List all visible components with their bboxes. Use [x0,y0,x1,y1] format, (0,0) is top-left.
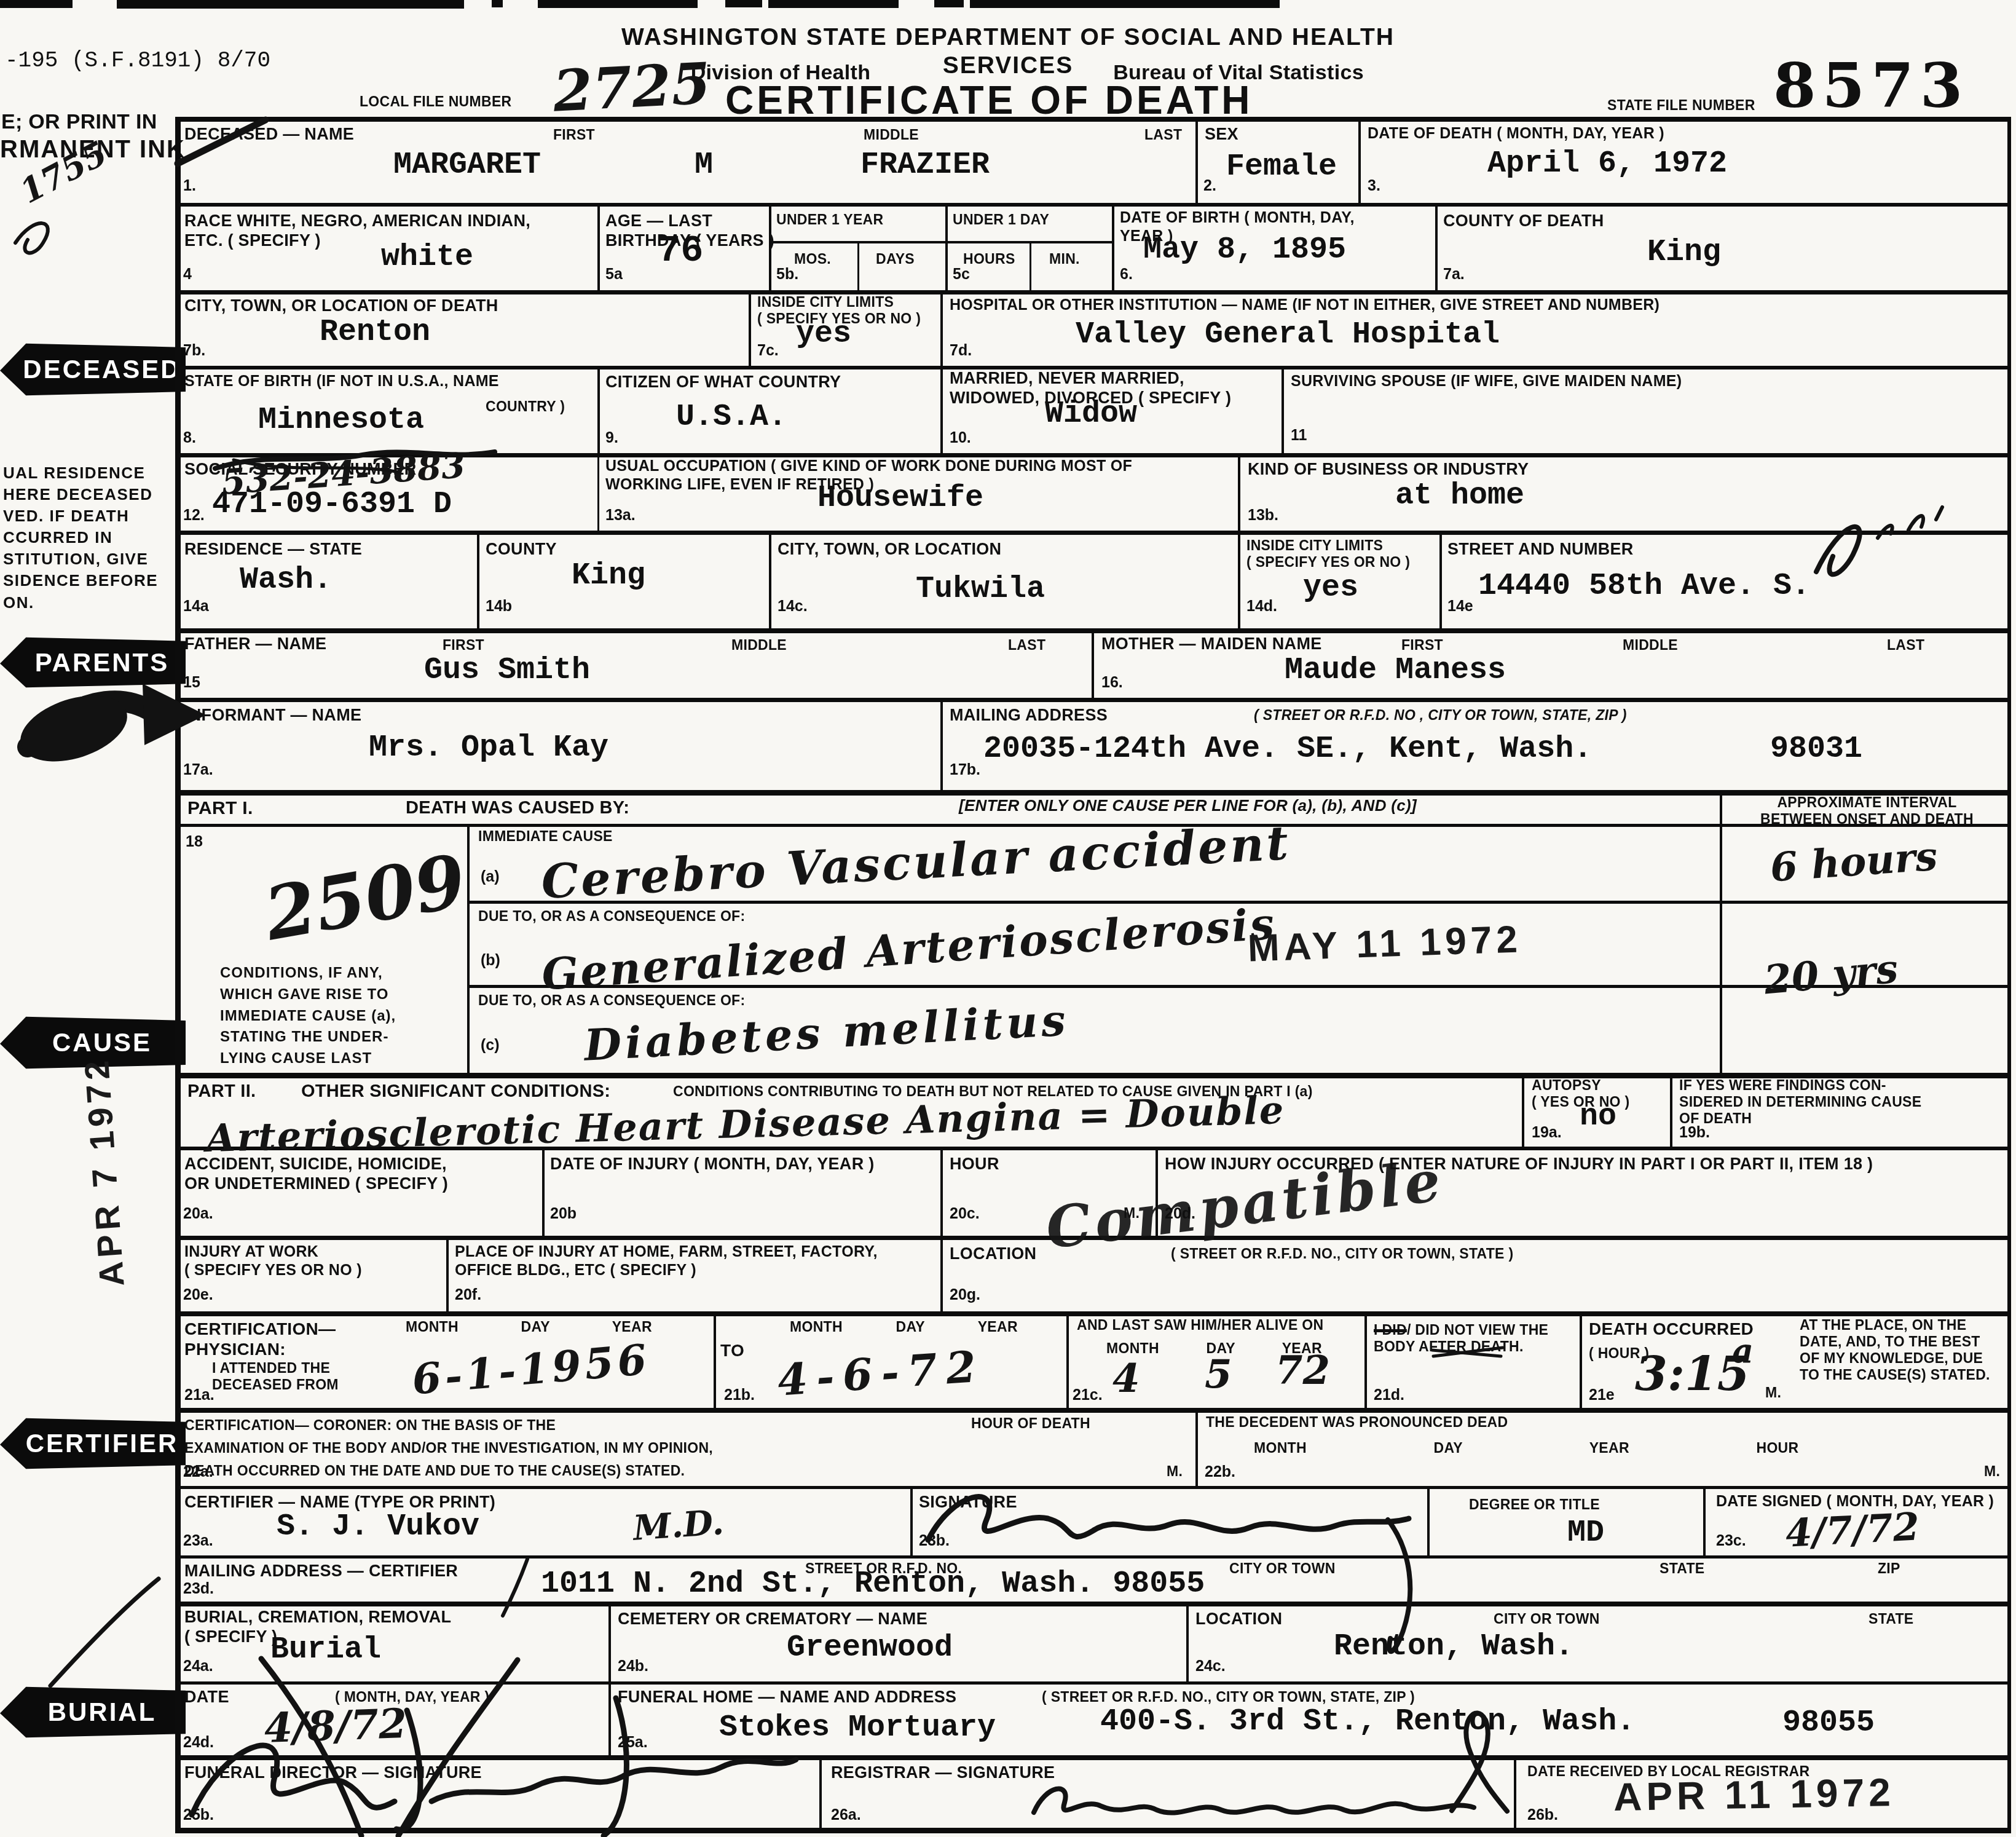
residence-city-label: CITY, TOWN, OR LOCATION [778,540,1001,559]
last-column-label: LAST [1887,637,1924,654]
field-number: 25b. [183,1806,214,1824]
sidebar-banner-burial: BURIAL [0,1686,186,1739]
residence-state-value: Wash. [240,563,332,598]
sidebar-banner-parents-label: PARENTS [35,648,170,678]
first-column-label: FIRST [443,637,484,654]
part1-one-cause-note: [ENTER ONLY ONE CAUSE PER LINE FOR (a), … [959,796,1417,815]
conditions-note: CONDITIONS, IF ANY, WHICH GAVE RISE TO I… [220,963,396,1070]
informant-mailing-value: 20035-124th Ave. SE., Kent, Wash. [983,732,1592,767]
field-number: 5a [605,266,623,283]
field-number: 21e [1589,1386,1615,1404]
field-number: 16. [1101,674,1123,692]
field-number: 7b. [183,342,205,360]
industry-value: at home [1395,478,1524,513]
field-number: 7d. [950,342,972,360]
field-number: 24c. [1195,1657,1226,1675]
due-to-label-1: DUE TO, OR AS A CONSEQUENCE OF: [478,908,745,925]
date-signed-value: 4/7/72 [1784,1504,1920,1555]
inside-city-limits-value: yes [796,317,851,352]
field-number: 17b. [950,761,980,779]
pronounced-dead-columns: MONTH DAY YEAR HOUR [1254,1440,1798,1456]
certifier-name-value: S. J. Vukov [277,1509,479,1544]
death-occurred-meridiem: M. [1765,1385,1781,1401]
first-column-label: FIRST [1401,637,1443,654]
date-of-birth-value: May 8, 1895 [1143,232,1346,267]
scan-edge-artifact [492,0,503,7]
cause-a-tag: (a) [481,868,500,886]
field-number: 14e [1447,598,1473,615]
field-number: 24d. [183,1734,214,1752]
last-saw-month-value: 4 [1112,1356,1140,1402]
residence-city-limits-value: yes [1303,571,1358,606]
field-number: 6. [1120,266,1133,283]
sidebar-banner-deceased: DECEASED [0,342,186,397]
certifier-signature-label: SIGNATURE [919,1493,1017,1512]
cause-a-interval: 6 hours [1769,834,1939,891]
interval-column-header: APPROXIMATE INTERVAL BETWEEN ONSET AND D… [1727,794,2007,828]
from-date-columns: MONTH DAY YEAR [406,1319,652,1335]
residence-county-value: King [572,558,645,593]
degree-or-title-label: DEGREE OR TITLE [1469,1496,1600,1513]
certification-coroner-label: CERTIFICATION— CORONER: ON THE BASIS OF … [184,1414,713,1482]
field-number: 24a. [183,1657,213,1675]
injury-location-sublabel: ( STREET OR R.F.D. NO., CITY OR TOWN, ST… [1171,1246,1513,1262]
cause-a-value: Cerebro Vascular accident [540,815,1292,909]
field-number: 15 [183,674,200,692]
registrar-signature-label: REGISTRAR — SIGNATURE [831,1763,1055,1783]
scan-edge-artifact [117,0,464,9]
informant-mailing-zip: 98031 [1770,732,1862,767]
sex-value: Female [1226,149,1337,184]
part2-title: OTHER SIGNIFICANT CONDITIONS: [301,1081,610,1102]
field-number: 11 [1291,427,1307,444]
certifier-mailing-value: 1011 N. 2nd St., Renton, Wash. 98055 [541,1566,1205,1602]
scan-edge-artifact [934,0,964,7]
scan-edge-artifact [0,0,73,8]
hospital-label: HOSPITAL OR OTHER INSTITUTION — NAME (IF… [950,296,1660,315]
field-number: 26a. [831,1806,861,1824]
date-of-death-label: DATE OF DEATH ( MONTH, DAY, YEAR ) [1368,125,1664,143]
field-number: 21d. [1374,1386,1404,1404]
to-date-columns: MONTH DAY YEAR [790,1319,1018,1335]
field-number: 26b. [1527,1806,1558,1824]
did-not-view-label: I DID/ DID NOT VIEW THE BODY AFTER DEATH… [1374,1322,1548,1355]
field-number: 4 [183,266,192,283]
local-file-number: 2725 [551,50,712,124]
funeral-home-sublabel: ( STREET OR R.F.D. NO., CITY OR TOWN, ST… [1042,1689,1415,1705]
under-1-day-label: UNDER 1 DAY [953,211,1049,228]
sex-label: SEX [1205,125,1238,144]
field-number: 21c. [1073,1386,1103,1404]
last-saw-alive-label: AND LAST SAW HIM/HER ALIVE ON [1077,1317,1323,1333]
field-number: 13b. [1248,507,1278,524]
cemetery-label: CEMETERY OR CREMATORY — NAME [618,1610,927,1629]
residence-state-label: RESIDENCE — STATE [184,540,362,559]
middle-column-label: MIDDLE [731,637,787,654]
last-saw-day-value: 5 [1205,1351,1232,1397]
field-number: 10. [950,429,971,447]
field-number: 19a. [1532,1124,1562,1142]
scan-edge-artifact [538,0,698,8]
attended-from-value: 6-1-1956 [410,1335,652,1405]
burial-date-value: 4/8/72 [264,1699,408,1752]
scan-edge-artifact [725,0,762,7]
field-number: 20f. [455,1286,481,1304]
months-label: MOS. [794,251,831,267]
autopsy-value: no [1580,1099,1616,1134]
middle-column-label: MIDDLE [1623,637,1678,654]
part1-caused-by-label: DEATH WAS CAUSED BY: [406,797,629,818]
funeral-director-signature-label: FUNERAL DIRECTOR — SIGNATURE [184,1763,482,1783]
hour-of-death-meridiem: M. [1167,1463,1183,1480]
field-number: 8. [183,429,196,447]
ink-note-line1: E; OR PRINT IN [1,109,157,134]
burial-city-label: CITY OR TOWN [1494,1611,1600,1627]
residence-city-value: Tukwila [916,572,1045,607]
street-number-label: STREET AND NUMBER [1447,540,1634,559]
field-number: 5b. [776,266,798,283]
injury-at-work-label: INJURY AT WORK ( SPECIFY YES OR NO ) [184,1243,362,1279]
attended-from-label: I ATTENDED THE DECEASED FROM [212,1360,339,1393]
citizen-label: CITIZEN OF WHAT COUNTRY [605,373,841,392]
hour-meridiem-label: M. [1124,1205,1140,1222]
father-name-label: FATHER — NAME [184,634,326,654]
city-of-death-label: CITY, TOWN, OR LOCATION OF DEATH [184,296,498,316]
field-number: 14b [486,598,512,615]
degree-or-title-value: MD [1567,1515,1604,1551]
first-column-label: FIRST [553,127,595,143]
middle-column-label: MIDDLE [864,127,919,143]
local-file-number-label: LOCAL FILE NUMBER [360,93,511,110]
mother-name-label: MOTHER — MAIDEN NAME [1101,634,1322,654]
pronounced-dead-meridiem: M. [1984,1463,2000,1480]
funeral-home-name-value: Stokes Mortuary [719,1710,996,1745]
surviving-spouse-label: SURVIVING SPOUSE (IF WIFE, GIVE MAIDEN N… [1291,373,1682,391]
field-number: 7c. [757,342,779,360]
scan-edge-artifact [768,0,899,8]
death-occurred-label: DEATH OCCURRED [1589,1319,1754,1339]
under-1-year-label: UNDER 1 YEAR [776,211,883,228]
cemetery-value: Greenwood [787,1630,953,1665]
sidebar-banner-deceased-label: DECEASED [23,355,181,384]
mailing-label-pen-slash [503,1559,527,1616]
field-number: 20c. [950,1205,980,1223]
field-number: 13a. [605,507,636,524]
burial-type-value: Burial [270,1632,381,1667]
date-of-death-value: April 6, 1972 [1487,146,1727,181]
residence-instruction-note: UAL RESIDENCE HERE DECEASED VED. IF DEAT… [3,462,158,614]
sidebar-banner-certifier-label: CERTIFIER [26,1429,179,1458]
city-or-town-label: CITY OR TOWN [1229,1560,1336,1577]
field-number: 2. [1203,177,1216,195]
burial-location-value: Renton, Wash. [1334,1629,1573,1664]
last-saw-year-value: 72 [1275,1348,1330,1394]
field-number: 5c [953,266,970,283]
certifier-mailing-label: MAILING ADDRESS — CERTIFIER [184,1562,458,1581]
field-number: 14a [183,598,209,615]
residence-county-label: COUNTY [486,540,557,559]
attended-to-value: 4-6-72 [776,1340,986,1405]
left-margin-arrow-tail [28,701,152,747]
field-number: 20g. [950,1286,980,1304]
cause-c-tag: (c) [481,1037,500,1054]
funeral-home-label: FUNERAL HOME — NAME AND ADDRESS [618,1688,956,1707]
field-number: 23c. [1716,1532,1746,1550]
burial-date-label: DATE [184,1688,229,1707]
certification-physician-label: CERTIFICATION— PHYSICIAN: [184,1319,336,1359]
father-name-value: Gus Smith [424,653,590,688]
last-column-label: LAST [1008,637,1045,654]
field-number: 14c. [778,598,808,615]
citizen-value: U.S.A. [676,400,787,435]
city-of-death-value: Renton [320,315,430,350]
burial-cell-pen-slash [50,1579,159,1686]
field-number: 24b. [618,1657,648,1675]
injury-location-label: LOCATION [950,1244,1036,1264]
deceased-name-label: DECEASED — NAME [184,125,354,144]
date-stamp-may-11-1972: MAY 11 1972 [1247,917,1522,971]
deceased-last-name: FRAZIER [860,148,990,183]
field-number: 22b. [1205,1463,1235,1481]
race-value: white [381,240,473,275]
field-number: 17a. [183,761,213,779]
field-number: 20b [550,1205,577,1223]
field-number: 22a. [183,1463,213,1481]
marital-status-value: Widow [1045,397,1137,432]
death-certificate-scan: -195 (S.F.8191) 8/70 E; OR PRINT IN RMAN… [0,0,2016,1837]
state-file-number: 8573 [1773,49,1969,122]
pronounced-dead-label: THE DECEDENT WAS PRONOUNCED DEAD [1206,1414,1508,1431]
state-of-birth-value: Minnesota [258,403,424,438]
age-value: 76 [658,229,703,272]
field-number: 12. [183,507,205,524]
field-number: 21a. [184,1386,215,1404]
place-of-injury-label: PLACE OF INJURY AT HOME, FARM, STREET, F… [455,1243,878,1279]
field-number: 23d. [183,1580,214,1598]
certifier-name-suffix: M.D. [632,1502,725,1549]
hour-of-injury-label: HOUR [950,1155,999,1174]
field-number: 23b. [919,1532,950,1550]
field-number: 20d. [1165,1205,1195,1223]
date-stamp-apr-11-1972: APR 11 1972 [1613,1769,1895,1820]
part2-label: PART II. [187,1081,256,1102]
death-occurred-ampm-value: a [1732,1331,1754,1370]
field-number: 19b. [1679,1124,1710,1142]
deceased-first-name: MARGARET [393,148,541,183]
funeral-home-zip-value: 98055 [1782,1705,1875,1740]
immediate-cause-label: IMMEDIATE CAUSE [478,828,613,845]
death-occurred-note: AT THE PLACE, ON THE DATE, AND, TO THE B… [1800,1317,1990,1384]
field-number: 18 [186,833,203,851]
registrar-signature [1034,1789,1474,1813]
cause-b-interval: 20 yrs [1762,946,1900,1004]
hospital-value: Valley General Hospital [1076,317,1500,352]
zip-label: ZIP [1878,1560,1900,1577]
informant-mailing-sublabel: ( STREET OR R.F.D. NO , CITY OR TOWN, ST… [1254,707,1627,724]
state-file-number-label: STATE FILE NUMBER [1607,97,1755,114]
race-label: RACE WHITE, NEGRO, AMERICAN INDIAN, ETC.… [184,211,530,251]
burial-location-label: LOCATION [1195,1610,1282,1629]
cause-b-tag: (b) [481,952,500,970]
county-of-death-label: COUNTY OF DEATH [1443,211,1604,231]
state-label: STATE [1660,1560,1704,1577]
informant-name-value: Mrs. Opal Kay [369,730,608,765]
accident-label: ACCIDENT, SUICIDE, HOMICIDE, OR UNDETERM… [184,1155,448,1194]
scan-edge-artifact [970,0,1280,8]
sidebar-banner-burial-label: BURIAL [48,1697,157,1727]
funeral-home-address-value: 400-S. 3rd St., Renton, Wash. [1100,1704,1635,1739]
field-number: 7a. [1443,266,1465,283]
form-code: -195 (S.F.8191) 8/70 [5,48,270,73]
industry-label: KIND OF BUSINESS OR INDUSTRY [1248,460,1529,480]
findings-label: IF YES WERE FINDINGS CON- SIDERED IN DET… [1679,1077,1921,1127]
sidebar-banner-parents: PARENTS [0,636,186,689]
county-of-death-value: King [1647,235,1721,270]
cause-code-handwritten: 2509 [258,838,472,957]
ssn-value: 471-09-6391 D [212,487,452,522]
state-of-birth-label: STATE OF BIRTH (IF NOT IN U.S.A., NAME [184,373,499,391]
field-number: 25a. [618,1734,648,1752]
due-to-label-2: DUE TO, OR AS A CONSEQUENCE OF: [478,992,745,1009]
last-column-label: LAST [1144,127,1182,143]
informant-name-label: INFORMANT — NAME [184,706,361,725]
street-number-value: 14440 58th Ave. S. [1478,569,1810,604]
occupation-value: Housewife [817,481,983,516]
hours-label: HOURS [963,251,1015,267]
mother-name-value: Maude Maness [1285,653,1506,688]
margin-pen-flourish [15,223,48,253]
interval-column-header-text: APPROXIMATE INTERVAL BETWEEN ONSET AND D… [1760,794,1974,827]
days-label: DAYS [876,251,915,267]
residence-city-limits-label: INSIDE CITY LIMITS ( SPECIFY YES OR NO ) [1246,537,1410,571]
field-number: 9. [605,429,618,447]
field-number: 14d. [1246,598,1277,615]
date-of-injury-label: DATE OF INJURY ( MONTH, DAY, YEAR ) [550,1155,875,1174]
sidebar-banner-certifier: CERTIFIER [0,1417,186,1470]
field-number: 20e. [183,1286,213,1304]
field-number: 20a. [183,1205,213,1223]
deceased-middle-name: M [695,148,713,183]
field-number: 1. [183,177,196,195]
hour-of-death-label: HOUR OF DEATH [971,1415,1090,1432]
field-number: 21b. [724,1386,755,1404]
state-of-birth-sublabel: COUNTRY ) [486,398,565,415]
field-number: 23a. [183,1532,213,1550]
minutes-label: MIN. [1049,251,1080,267]
field-number: 3. [1368,177,1380,195]
informant-mailing-label: MAILING ADDRESS [950,706,1108,725]
did-view-struck-text: I DID [1374,1322,1407,1338]
burial-state-label: STATE [1868,1611,1913,1627]
left-margin-arrow-blob [12,684,136,774]
how-injury-occurred-label: HOW INJURY OCCURRED ( ENTER NATURE OF IN… [1165,1155,1982,1174]
to-label: TO [720,1340,744,1361]
part1-label: PART I. [187,797,253,819]
